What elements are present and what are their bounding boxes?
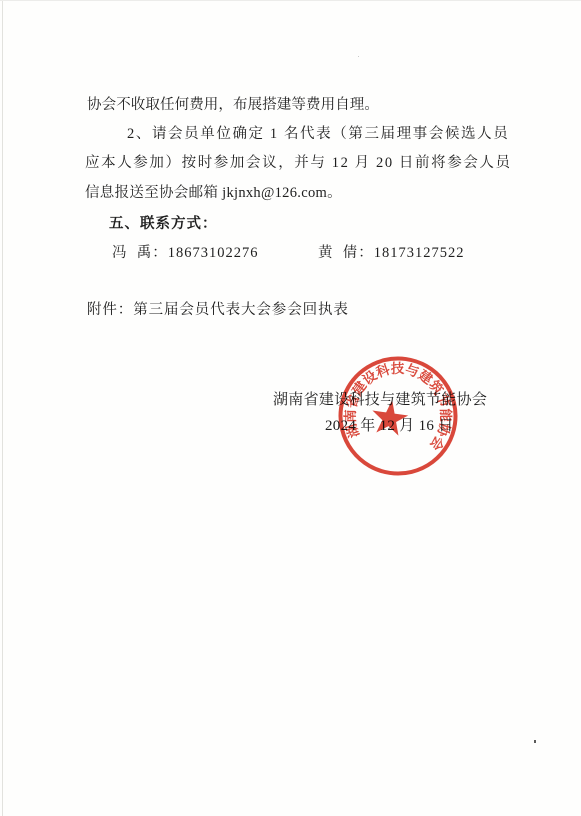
page-edge-shadow-top bbox=[0, 0, 581, 1]
contact-1-phone: 18673102276 bbox=[168, 245, 259, 261]
seal-text: 湖南省建设科技与建筑节能协会 bbox=[338, 352, 462, 455]
contact-person-2: 黄 倩：18173127522 bbox=[318, 245, 465, 261]
scanned-notice-page: 协会不收取任何费用，布展搭建等费用自理。 2、请会员单位确定 1 名代表（第三届… bbox=[0, 0, 581, 816]
section-heading-contact: 五、联系方式： bbox=[109, 216, 218, 232]
attachment-line: 附件：第三届会员代表大会参会回执表 bbox=[87, 302, 349, 318]
body-line-item2-start: 2、请会员单位确定 1 名代表（第三届理事会候选人员 bbox=[127, 126, 509, 142]
contact-2-name: 黄 倩： bbox=[318, 245, 374, 261]
page-edge-shadow-left bbox=[2, 0, 3, 816]
body-line-item2-cont: 应本人参加）按时参加会议，并与 12 月 20 日前将参会人员 bbox=[85, 155, 512, 171]
contact-2-phone: 18173127522 bbox=[374, 245, 465, 261]
body-line-email: 信息报送至协会邮箱 jkjnxh@126.com。 bbox=[85, 185, 342, 201]
contact-1-name: 冯 禹： bbox=[112, 245, 168, 261]
star-icon bbox=[369, 398, 410, 437]
contact-person-1: 冯 禹：18673102276 bbox=[112, 245, 259, 261]
body-line-fees: 协会不收取任何费用，布展搭建等费用自理。 bbox=[87, 97, 379, 113]
scan-speck bbox=[358, 56, 359, 57]
official-seal: 湖南省建设科技与建筑节能协会 bbox=[323, 341, 473, 491]
scan-speck bbox=[534, 740, 536, 743]
